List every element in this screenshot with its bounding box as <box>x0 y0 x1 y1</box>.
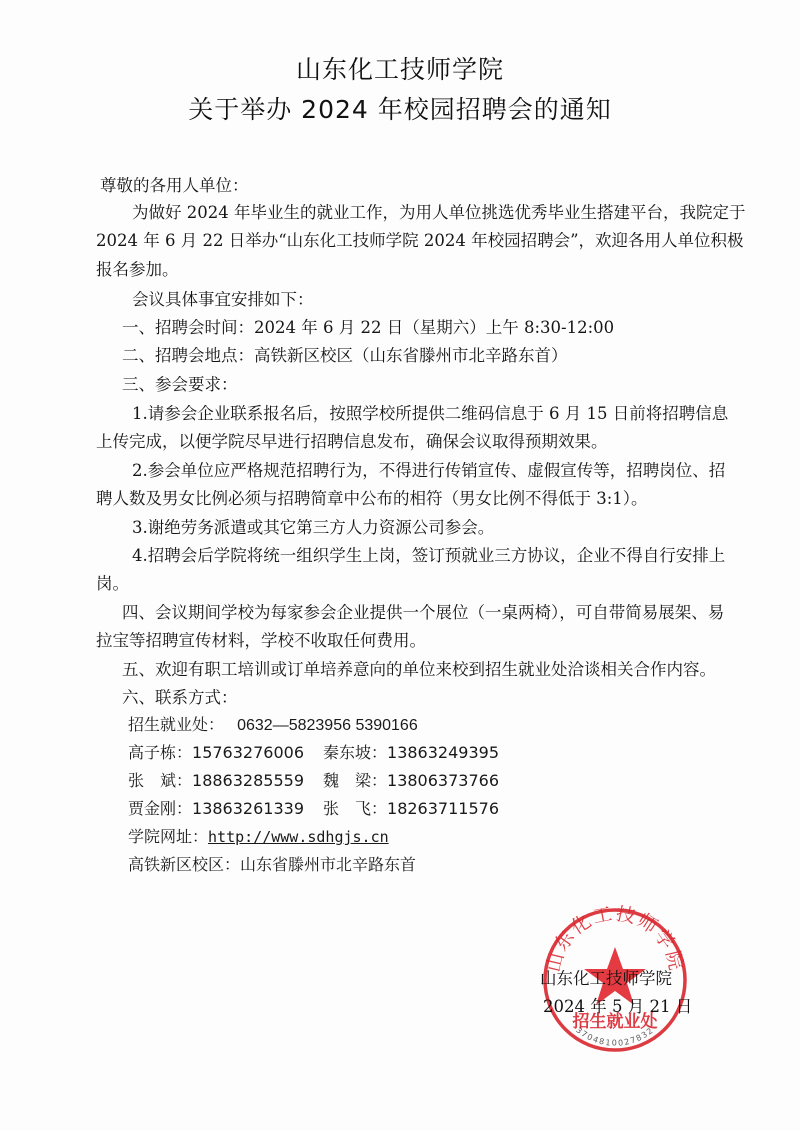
contact-row: 高子栋：15763276006 秦东坡：13863249395 <box>128 740 304 763</box>
section-booth-line-2: 拉宝等招聘宣传材料，学校不收取任何费用。 <box>96 627 426 651</box>
contact-phone: 13863249395 <box>387 743 499 762</box>
signature-date: 2024 年 5 月 21 日 <box>543 993 692 1017</box>
intro-line-3: 报名参加。 <box>96 256 179 280</box>
contact-name: 高子栋： <box>128 743 192 762</box>
document-title-subject: 关于举办 2024 年校园招聘会的通知 <box>0 90 800 126</box>
section-requirements-title: 三、参会要求： <box>122 371 238 395</box>
requirement-1-line-1: 1.请参会企业联系报名后，按照学校所提供二维码信息于 6 月 15 日前将招聘信… <box>132 400 728 424</box>
contact-website: 学院网址：http://www.sdhgjs.cn <box>128 824 389 847</box>
campus-label: 高铁新区校区： <box>128 855 240 874</box>
contact-phone: 13806373766 <box>387 771 499 790</box>
intro-line-1: 为做好 2024 年毕业生的就业工作，为用人单位挑选优秀毕业生搭建平台，我院定于 <box>132 199 745 223</box>
requirement-2-line-2: 聘人数及男女比例必须与招聘简章中公布的相符（男女比例不得低于 3:1）。 <box>96 485 648 509</box>
contact-name: 魏 梁： <box>323 771 387 790</box>
contact-campus: 高铁新区校区：山东省滕州市北辛路东首 <box>128 852 416 875</box>
contact-name: 张 斌： <box>128 771 192 790</box>
document-title-org: 山东化工技师学院 <box>0 50 800 86</box>
contact-office-phones: 0632—5823956 5390166 <box>237 717 418 734</box>
website-link[interactable]: http://www.sdhgjs.cn <box>208 828 389 846</box>
campus-address: 山东省滕州市北辛路东首 <box>240 855 416 874</box>
contact-name: 张 飞： <box>323 799 387 818</box>
section-booth-line-1: 四、会议期间学校为每家参会企业提供一个展位（一桌两椅），可自带简易展架、易 <box>122 599 724 623</box>
contact-row: 张 斌：18863285559 魏 梁：13806373766 <box>128 768 304 791</box>
section-location: 二、招聘会地点：高铁新区校区（山东省滕州市北辛路东首） <box>122 342 568 366</box>
signature-org: 山东化工技师学院 <box>540 965 672 989</box>
section-contact-title: 六、联系方式： <box>122 684 238 708</box>
contact-name: 秦东坡： <box>323 743 387 762</box>
requirement-1-line-2: 上传完成，以便学院尽早进行招聘信息发布，确保会议取得预期效果。 <box>96 428 608 452</box>
section-time: 一、招聘会时间：2024 年 6 月 22 日（星期六）上午 8:30-12:0… <box>122 314 614 338</box>
contact-name: 贾金刚： <box>128 799 192 818</box>
contact-phone: 15763276006 <box>192 743 304 762</box>
salutation: 尊敬的各用人单位： <box>100 172 249 196</box>
contact-office: 招生就业处： 0632—5823956 5390166 <box>128 712 418 735</box>
section-cooperation: 五、欢迎有职工培训或订单培养意向的单位来校到招生就业处洽谈相关合作内容。 <box>122 656 716 680</box>
requirement-4-line-1: 4.招聘会后学院将统一组织学生上岗，签订预就业三方协议，企业不得自行安排上 <box>132 542 725 566</box>
document-page: 山东化工技师学院 关于举办 2024 年校园招聘会的通知 尊敬的各用人单位： 为… <box>0 0 800 1131</box>
requirement-2-line-1: 2.参会单位应严格规范招聘行为，不得进行传销宣传、虚假宣传等，招聘岗位、招 <box>132 457 725 481</box>
arrangement-intro: 会议具体事宜安排如下： <box>132 286 314 310</box>
requirement-3: 3.谢绝劳务派遣或其它第三方人力资源公司参会。 <box>132 514 494 538</box>
requirement-4-line-2: 岗。 <box>96 570 129 594</box>
intro-line-2: 2024 年 6 月 22 日举办“山东化工技师学院 2024 年校园招聘会”，… <box>96 227 744 251</box>
contact-phone: 18863285559 <box>192 771 304 790</box>
contact-phone: 13863261339 <box>192 799 304 818</box>
website-label: 学院网址： <box>128 827 208 846</box>
contact-office-label: 招生就业处： <box>128 715 224 734</box>
contact-phone: 18263711576 <box>387 799 499 818</box>
contact-row: 贾金刚：13863261339 张 飞：18263711576 <box>128 796 304 819</box>
